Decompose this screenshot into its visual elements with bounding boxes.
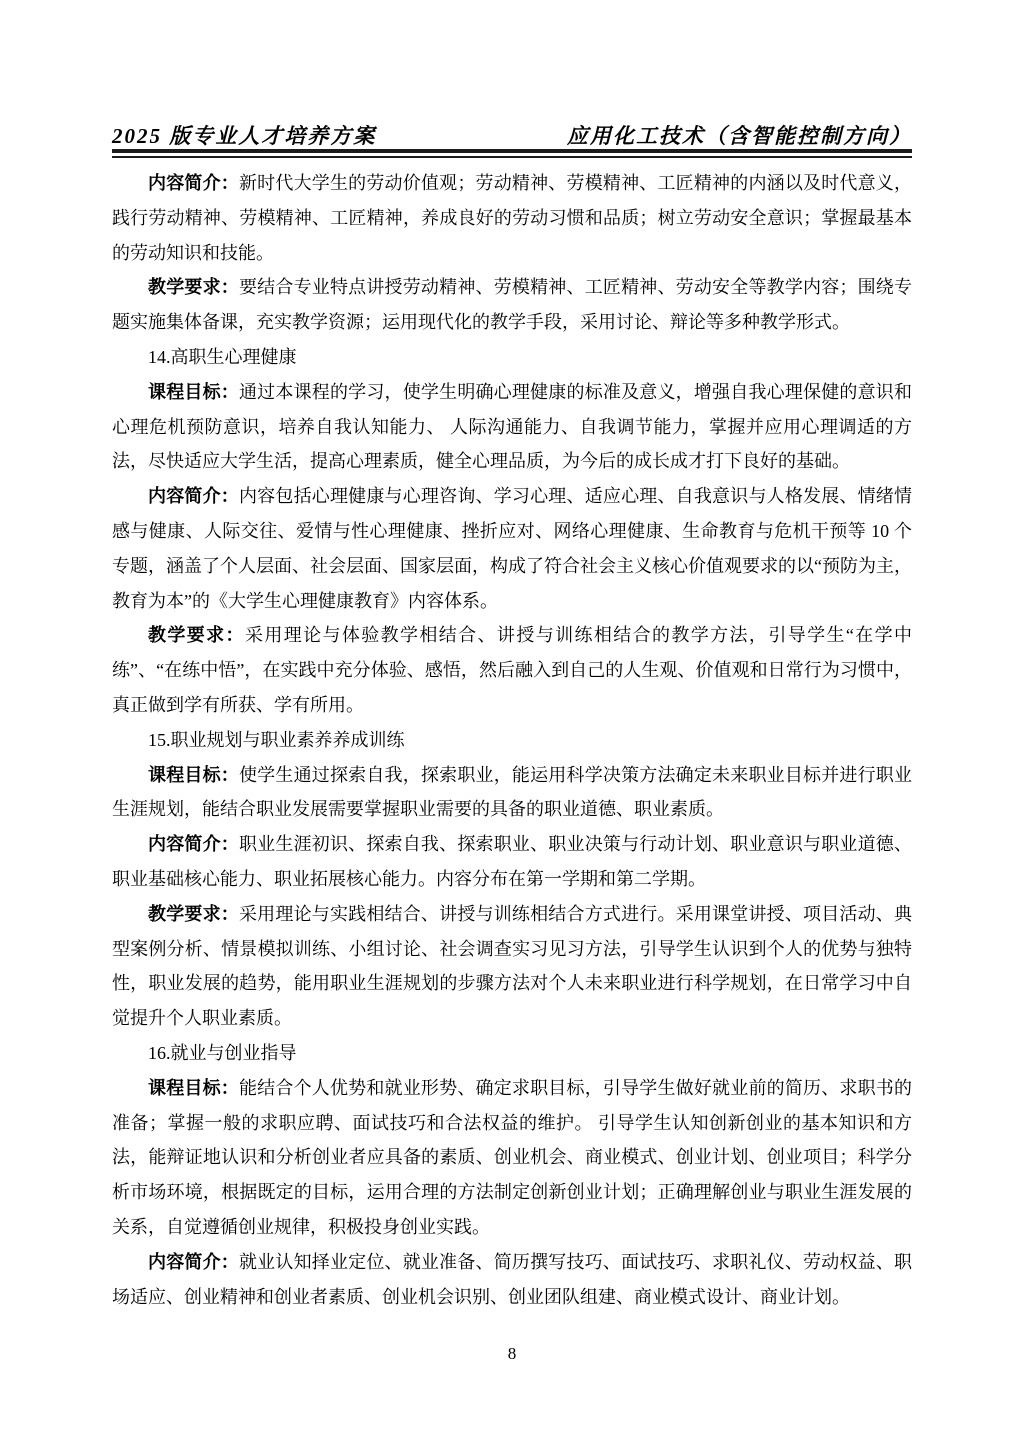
paragraph-text: 能结合个人优势和就业形势、确定求职目标，引导学生做好就业前的简历、求职书的准备；… <box>112 1078 912 1237</box>
paragraph: 内容简介：就业认知择业定位、就业准备、简历撰写技巧、面试技巧、求职礼仪、劳动权益… <box>112 1245 912 1315</box>
section-heading: 15.职业规划与职业素养养成训练 <box>112 723 912 758</box>
paragraph: 课程目标：通过本课程的学习，使学生明确心理健康的标准及意义，增强自我心理保健的意… <box>112 375 912 479</box>
paragraph-label: 课程目标： <box>148 382 239 402</box>
paragraph-label: 课程目标： <box>148 765 239 785</box>
page-header: 2025 版专业人才培养方案 应用化工技术（含智能控制方向） <box>112 120 912 150</box>
paragraph: 内容简介：新时代大学生的劳动价值观；劳动精神、劳模精神、工匠精神的内涵以及时代意… <box>112 166 912 270</box>
heading-text: 16.就业与创业指导 <box>148 1043 297 1063</box>
section-heading: 16.就业与创业指导 <box>112 1036 912 1071</box>
paragraph: 教学要求：采用理论与实践相结合、讲授与训练相结合方式进行。采用课堂讲授、项目活动… <box>112 897 912 1036</box>
paragraph: 课程目标：使学生通过探索自我，探索职业，能运用科学决策方法确定未来职业目标并进行… <box>112 758 912 828</box>
paragraph: 教学要求：采用理论与体验教学相结合、讲授与训练相结合的教学方法，引导学生“在学中… <box>112 618 912 722</box>
paragraph-label: 教学要求： <box>148 625 245 645</box>
paragraph-label: 课程目标： <box>148 1078 239 1098</box>
section-heading: 14.高职生心理健康 <box>112 340 912 375</box>
paragraph: 内容简介：职业生涯初识、探索自我、探索职业、职业决策与行动计划、职业意识与职业道… <box>112 827 912 897</box>
paragraph: 课程目标：能结合个人优势和就业形势、确定求职目标，引导学生做好就业前的简历、求职… <box>112 1071 912 1245</box>
paragraph-label: 内容简介： <box>148 486 239 506</box>
document-body: 内容简介：新时代大学生的劳动价值观；劳动精神、劳模精神、工匠精神的内涵以及时代意… <box>112 166 912 1314</box>
paragraph-label: 内容简介： <box>148 834 239 854</box>
header-right-title: 应用化工技术（含智能控制方向） <box>567 120 912 150</box>
paragraph: 内容简介：内容包括心理健康与心理咨询、学习心理、适应心理、自我意识与人格发展、情… <box>112 479 912 618</box>
heading-text: 14.高职生心理健康 <box>148 347 297 367</box>
paragraph: 教学要求：要结合专业特点讲授劳动精神、劳模精神、工匠精神、劳动安全等教学内容；围… <box>112 270 912 340</box>
header-left-title: 2025 版专业人才培养方案 <box>112 120 376 150</box>
document-page: 2025 版专业人才培养方案 应用化工技术（含智能控制方向） 内容简介：新时代大… <box>0 0 1024 1448</box>
paragraph-label: 教学要求： <box>148 277 239 297</box>
paragraph-label: 内容简介： <box>148 173 239 193</box>
paragraph-label: 内容简介： <box>148 1252 239 1272</box>
heading-text: 15.职业规划与职业素养养成训练 <box>148 730 405 750</box>
header-divider <box>112 149 912 158</box>
paragraph-label: 教学要求： <box>148 904 239 924</box>
page-number: 8 <box>0 1344 1024 1364</box>
